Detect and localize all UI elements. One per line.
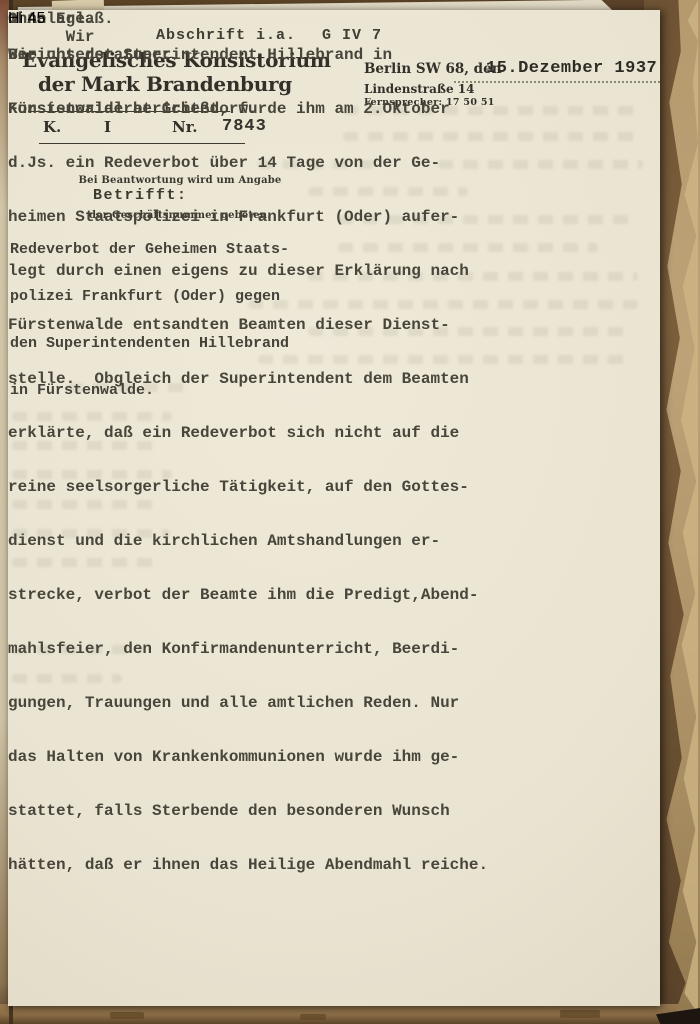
body-line: das Halten von Krankenkommunionen wurde … [8,748,488,766]
body-line: dienst und die kirchlichen Amtshandlunge… [8,532,488,550]
document-page: Abschrift i.a. G IV 7 Evangelisches Kons… [8,10,660,1006]
desk-mark [560,1010,600,1018]
body-line: Fürstenwalde entsandten Beamten dieser D… [8,316,488,334]
body-line: stelle. Obgleich der Superintendent dem … [8,370,488,388]
desk-mark [110,1012,144,1019]
body-line: Fürstenwalde berichtet, wurde ihm am 2.O… [8,100,488,118]
desk-mark [300,1014,326,1020]
archival-photo-scene: Abschrift i.a. G IV 7 Evangelisches Kons… [0,0,700,1024]
body-line: hätten, daß er ihnen das Heilige Abendma… [8,856,488,874]
body-line: erklärte, daß ein Redeverbot sich nicht … [8,424,488,442]
letter-body: Wie uns der Superintendent Hillebrand in… [8,10,488,910]
body-line: reine seelsorgerliche Tätigkeit, auf den… [8,478,488,496]
body-line: d.Js. ein Redeverbot über 14 Tage von de… [8,154,488,172]
handwritten-archive-note: Hi 45 [8,10,45,28]
date-stamp: 15.Dezember 1937 [486,59,657,78]
body-line: strecke, verbot der Beamte ihm die Predi… [8,586,488,604]
catchword: Wir [66,28,95,46]
body-line: stattet, falls Sterbende den besonderen … [8,802,488,820]
body-line: heimen Staatspolizei in Frankfurt (Oder)… [8,208,488,226]
body-line: mahlsfeier, den Konfirmandenunterricht, … [8,640,488,658]
body-line: legt durch einen eigens zu dieser Erklär… [8,262,488,280]
body-line: gungen, Trauungen und alle amtlichen Red… [8,694,488,712]
